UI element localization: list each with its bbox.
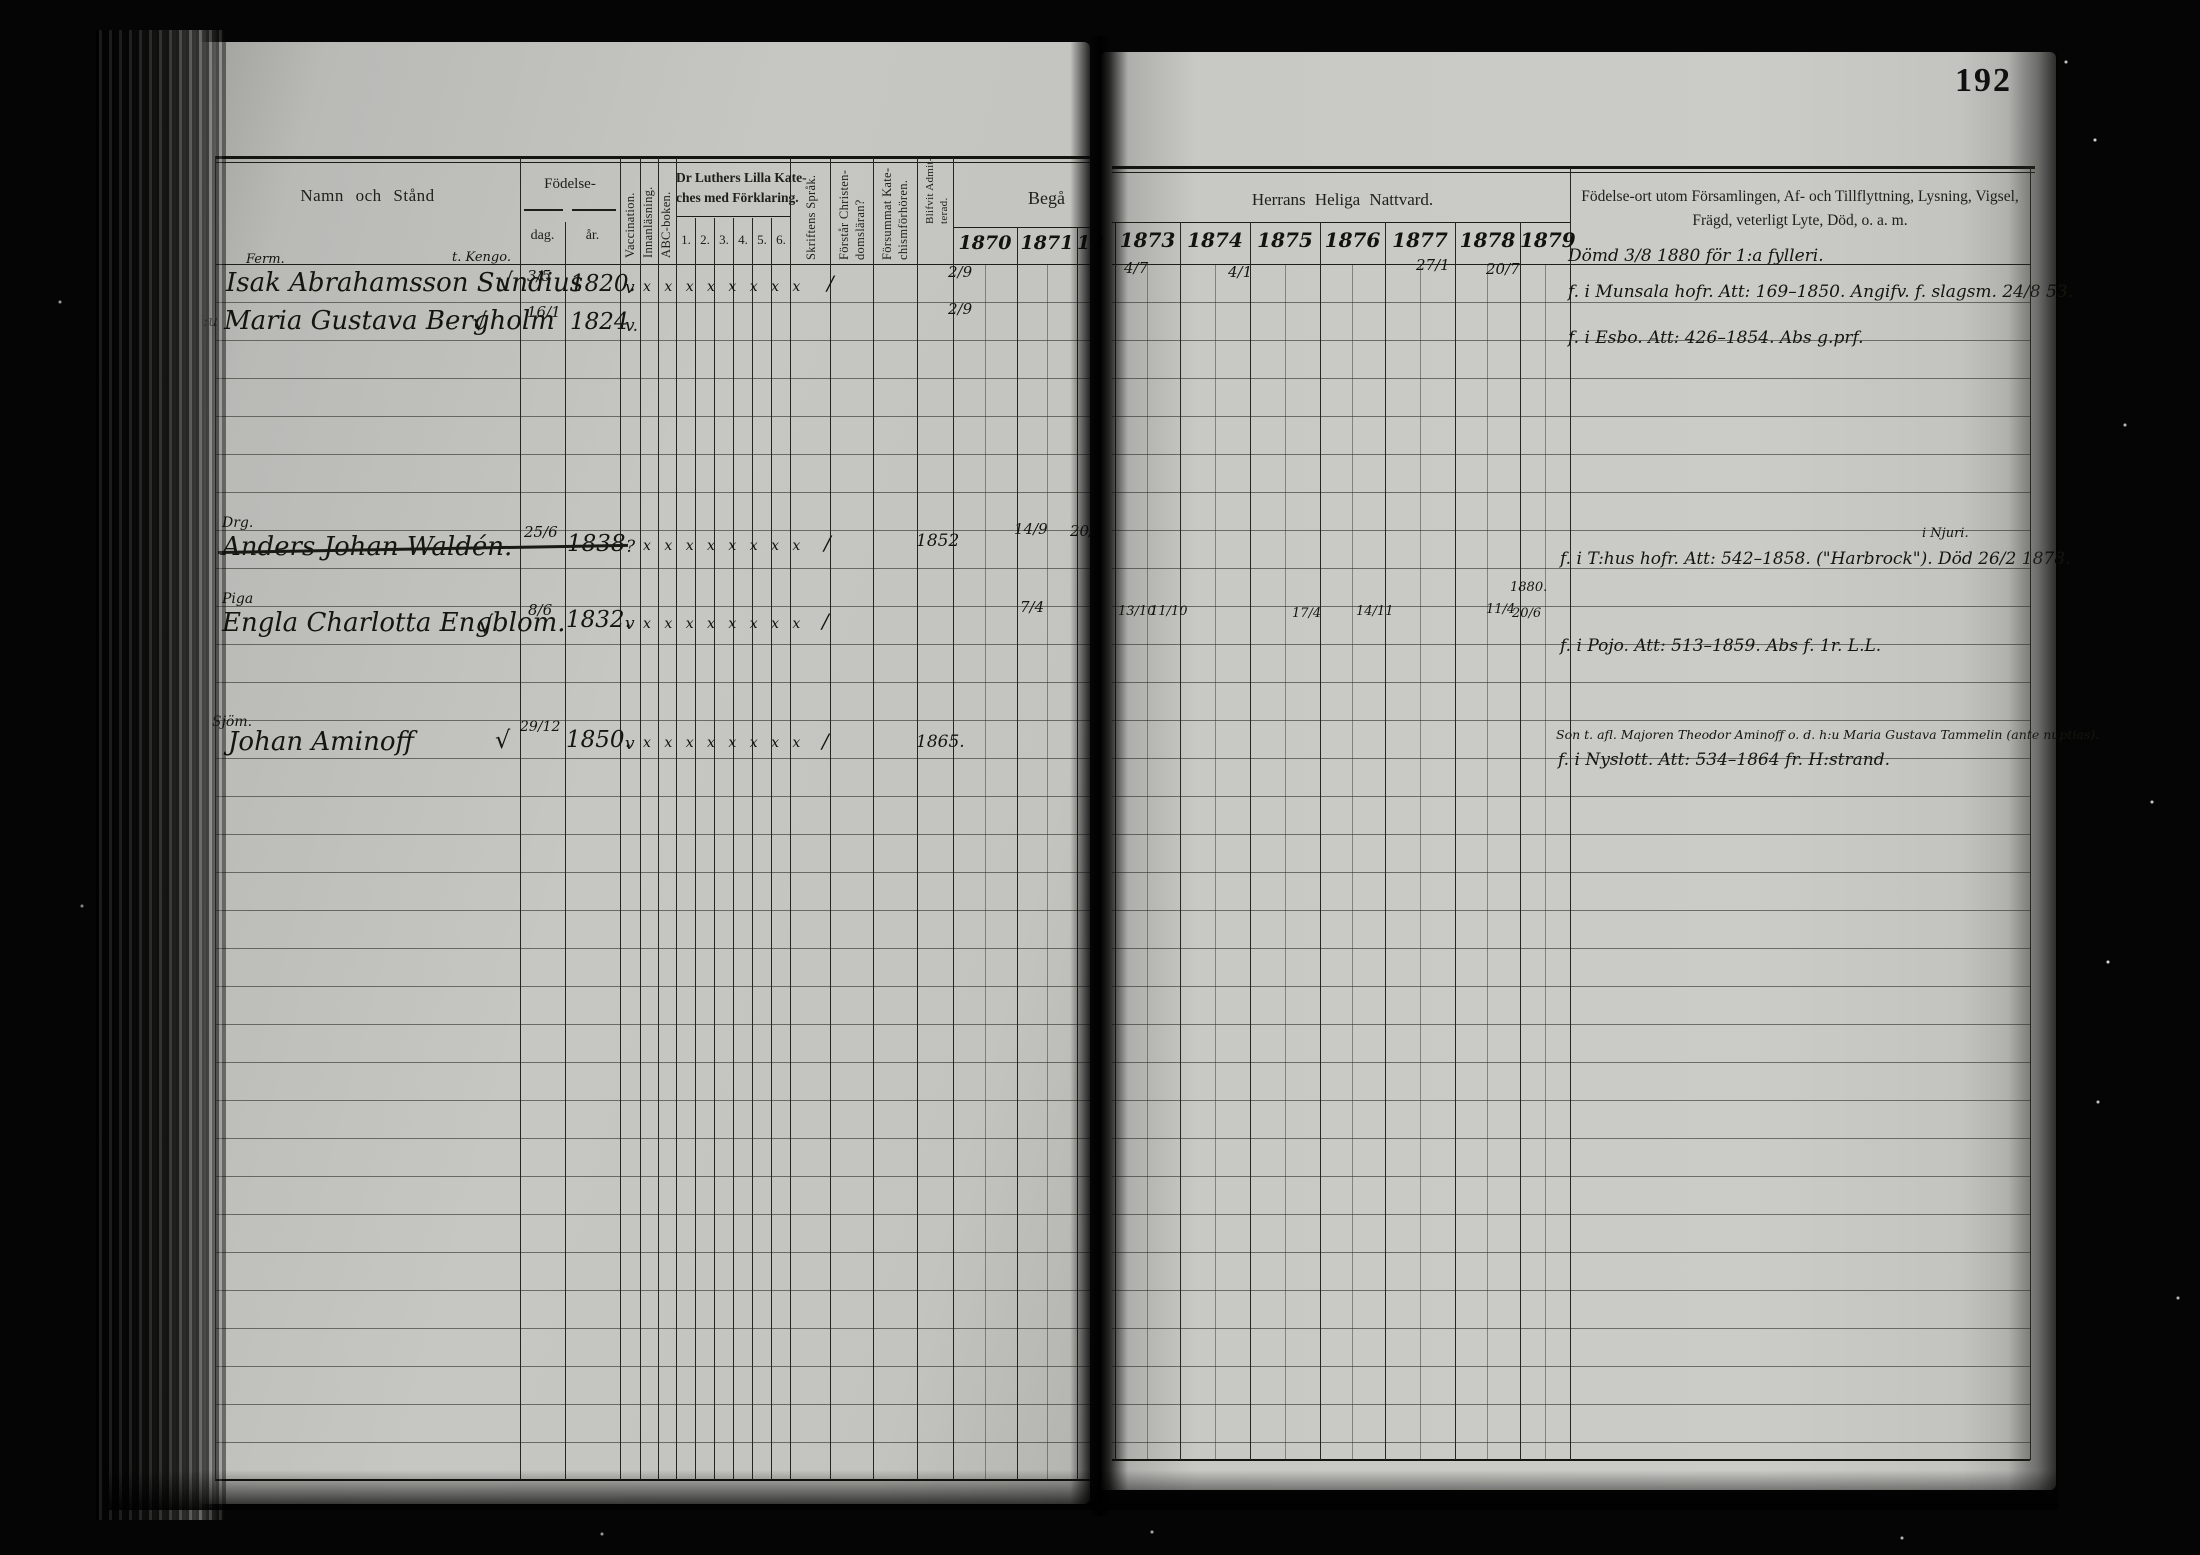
understands-mark: / (822, 729, 829, 753)
grid-line-v (565, 222, 566, 1480)
year-header-1870: 1870 (953, 232, 1017, 254)
grid-line-v (676, 158, 677, 1480)
entry-origin-note: t. Kengo. (452, 250, 511, 265)
understands-mark: / (822, 609, 829, 633)
grid-line-v (953, 158, 954, 1480)
understands-mark: / (824, 531, 831, 555)
communion-mark: 2/9 (948, 263, 972, 281)
birth-day: 3/5 (527, 267, 551, 285)
grid-line-v (1147, 265, 1148, 1459)
header-birth-group: Födelse- (520, 176, 620, 193)
header-catechism-col-2: 2. (696, 232, 714, 248)
vaccination-mark: v. (625, 316, 638, 336)
book-spine-edge (96, 30, 226, 1520)
birth-year: 1850. (566, 727, 632, 753)
birth-day: 25/6 (524, 523, 558, 541)
birth-year: 1824 (570, 309, 629, 335)
entry-note: Dömd 3/8 1880 för 1:a fylleri. (1568, 246, 1824, 266)
grid-line-v (752, 218, 753, 1480)
birth-day: 16/1 (527, 303, 561, 321)
communion-mark: 4/1 (1228, 263, 1252, 281)
admitted-year: 1852 (916, 531, 959, 551)
grid-line-v (830, 158, 831, 1480)
catechism-marks: x x x x x x x x (643, 616, 800, 632)
birth-day: 29/12 (520, 719, 560, 735)
entry-note: f. i Pojo. Att: 513–1859. Abs f. 1r. L.L… (1560, 636, 1881, 656)
communion-year-note: 1880. (1510, 580, 1547, 595)
header-catechism-col-3: 3. (715, 232, 733, 248)
right-page-edge-shadow (2008, 52, 2058, 1490)
catechism-marks: x x x x x x x x (643, 735, 800, 751)
header-missed-1: Försummat Kate- (880, 168, 895, 260)
entry-role: Ferm. (246, 252, 285, 267)
bottom-page-edge-shadow (108, 1470, 2058, 1510)
header-birth-year: år. (565, 228, 620, 244)
grid-line-v (790, 158, 791, 1480)
communion-mark: 27/1 (1416, 256, 1450, 274)
communion-mark: 17/4 (1292, 606, 1321, 621)
grid-line-v (1215, 265, 1216, 1459)
grid-line-v (658, 158, 659, 1480)
communion-mark: 14/11 (1356, 604, 1393, 619)
couple-mark: √ (495, 726, 510, 754)
scanned-book-photo: Namn och Stånd Födelse- dag. år. Vaccina… (0, 0, 2200, 1555)
grid-line-v (1047, 265, 1048, 1479)
couple-mark: √ (498, 268, 513, 296)
couple-mark: √ (472, 308, 487, 336)
year-header-1875: 1875 (1250, 228, 1320, 252)
header-birth-day: dag. (520, 228, 565, 244)
header-admitted-1: Blifvit Admit- (924, 157, 936, 224)
entry-name: Maria Gustava Bergholm (224, 306, 555, 336)
header-abc-book: ABC-boken. (659, 191, 674, 258)
entry-role: Drg. (222, 515, 253, 531)
entry-note: f. i T:hus hofr. Att: 542–1858. ("Harbro… (1560, 549, 2070, 569)
catechism-marks: x x x x x x x x (643, 538, 800, 554)
header-catechism-col-1: 1. (677, 232, 695, 248)
grid-line-v (1017, 227, 1018, 1480)
year-header-1878: 1878 (1455, 228, 1520, 252)
grid-line-v (1285, 265, 1286, 1459)
page-number: 192 (1955, 62, 2012, 100)
grid-line-v (1320, 222, 1321, 1460)
year-header-1871: 1871 (1017, 232, 1077, 254)
grid-line-v (917, 158, 918, 1480)
page-gutter-shadow (1070, 36, 1128, 1516)
vaccination-mark: ? (626, 537, 635, 557)
grid-line-h (524, 209, 563, 211)
grid-line-v (873, 158, 874, 1480)
vaccination-mark: v (625, 734, 635, 754)
entry-role: Piga (222, 591, 253, 607)
year-header-1876: 1876 (1320, 228, 1385, 252)
header-begun: Begå (1028, 188, 1065, 209)
communion-mark: 7/4 (1020, 598, 1044, 616)
grid-line-v (733, 218, 734, 1480)
grid-line-v (1250, 222, 1251, 1460)
header-vaccination: Vaccination. (623, 192, 638, 258)
entry-note: f. i Nyslott. Att: 534–1864 fr. H:strand… (1558, 750, 1890, 770)
grid-line-v (1352, 265, 1353, 1459)
header-catechism-col-5: 5. (753, 232, 771, 248)
entry-name: Engla Charlotta Engblom. (222, 608, 566, 638)
grid-line-v (1455, 222, 1456, 1460)
communion-mark: 2/9 (948, 300, 972, 318)
page-title-name-col: Namn och Stånd (215, 186, 520, 206)
grid-line-h (215, 156, 1090, 159)
header-notes-1: Födelse-ort utom Församlingen, Af- och T… (1575, 188, 2025, 206)
entry-name: Johan Aminoff (228, 727, 414, 757)
header-catechism-col-4: 4. (734, 232, 752, 248)
grid-line-v (695, 218, 696, 1480)
communion-mark: 11/4 (1486, 602, 1515, 617)
header-understands-1: Förstår Christen- (837, 170, 852, 260)
death-place-note: i Njuri. (1922, 526, 1969, 541)
header-communion-title: Herrans Heliga Nattvard. (1115, 190, 1570, 210)
grid-line-v (520, 158, 521, 1480)
communion-mark: 14/9 (1014, 520, 1048, 538)
vaccination-mark: v (625, 278, 635, 298)
catechism-marks: x x x x x x x x (643, 279, 800, 295)
understands-mark: / (827, 271, 834, 295)
communion-mark: 11/10 (1150, 604, 1187, 619)
header-catechism-col-6: 6. (772, 232, 790, 248)
grid-line-v (620, 158, 621, 1480)
year-header-1874: 1874 (1180, 228, 1250, 252)
grid-line-v (1385, 222, 1386, 1460)
grid-line-v (985, 265, 986, 1479)
year-header-1877: 1877 (1385, 228, 1455, 252)
header-notes-2: Frägd, veterligt Lyte, Död, o. a. m. (1575, 212, 2025, 230)
entry-note: f. i Esbo. Att: 426–1854. Abs g.prf. (1568, 328, 1864, 348)
header-catechism-2: ches med Förklaring. (676, 190, 790, 206)
year-header-1879: 1879 (1520, 228, 1570, 252)
grid-line-v (714, 218, 715, 1480)
grid-line-v (1520, 222, 1521, 1460)
header-missed-2: chismförhören. (896, 180, 911, 260)
communion-mark: 20/6 (1512, 606, 1541, 621)
ruled-rows (215, 265, 1090, 1479)
grid-line-h (1112, 166, 2035, 169)
header-reading: Innanläsning. (641, 186, 656, 258)
grid-line-h (215, 162, 1090, 163)
grid-line-v (771, 218, 772, 1480)
birth-year: 1832. (566, 607, 632, 633)
birth-day: 8/6 (528, 601, 552, 619)
grid-line-v (1487, 265, 1488, 1459)
grid-line-v (640, 158, 641, 1480)
vaccination-mark: v (625, 614, 635, 634)
entry-note: f. i Munsala hofr. Att: 169–1850. Angifv… (1568, 282, 2073, 302)
admitted-year: 1865. (916, 732, 965, 752)
couple-mark: √ (478, 611, 493, 639)
grid-line-h (1112, 172, 2035, 173)
grid-line-h (676, 216, 790, 217)
grid-line-v (1180, 222, 1181, 1460)
header-admitted-2: terad. (938, 197, 950, 224)
grid-line-v (1545, 265, 1546, 1459)
grid-line-v (1570, 168, 1571, 1460)
header-understands-2: domsläran? (853, 199, 868, 260)
grid-line-v (1420, 265, 1421, 1459)
grid-line-h (572, 209, 616, 211)
header-script-language: Skriftens Språk. (804, 175, 819, 260)
communion-mark: 20/7 (1486, 260, 1520, 278)
header-catechism-1: Dr Luthers Lilla Kate- (676, 170, 790, 186)
